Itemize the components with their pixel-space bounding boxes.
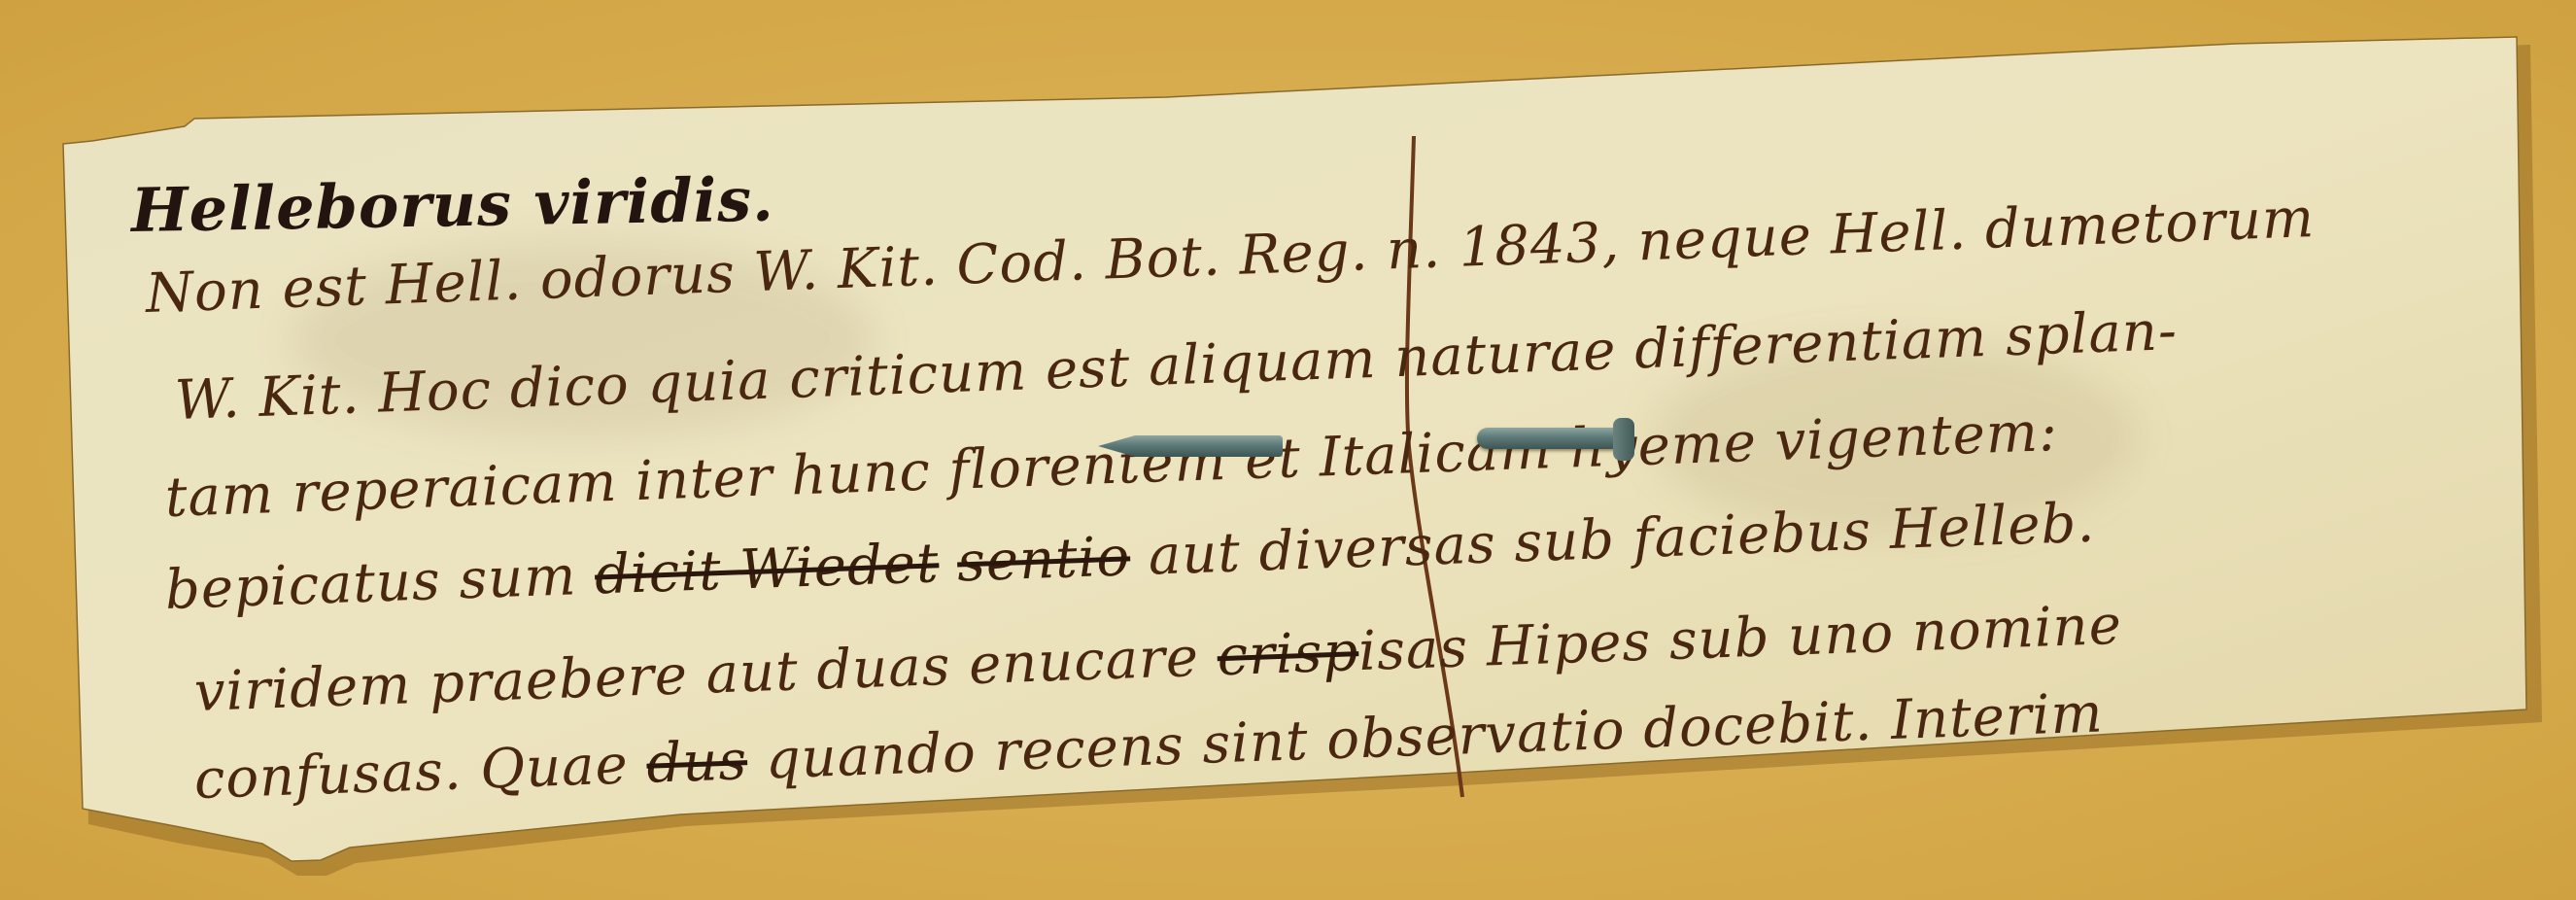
right-pin-icon — [1477, 428, 1623, 449]
pin-head-icon — [1613, 418, 1634, 461]
struck-text: crisp — [1217, 620, 1360, 688]
left-pin-icon — [1098, 435, 1283, 457]
heading: Helleborus viridis. — [130, 163, 774, 246]
struck-text: dus — [645, 729, 748, 796]
struck-text: sentio — [956, 525, 1131, 594]
struck-text: dicit Wiedet — [594, 532, 941, 606]
